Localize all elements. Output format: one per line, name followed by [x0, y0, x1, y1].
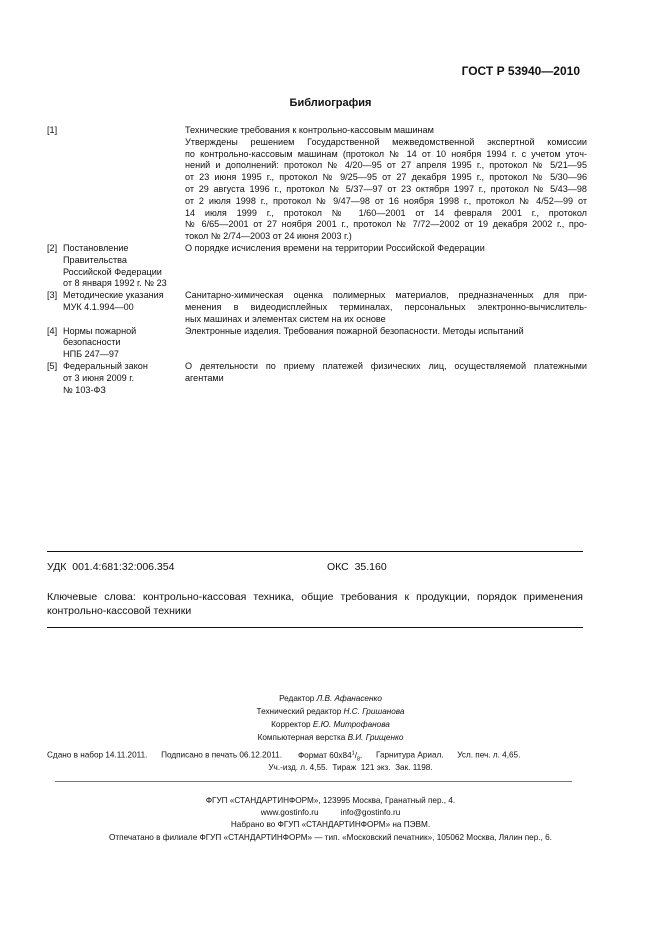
source-line: безопасности: [63, 337, 185, 349]
format-suffix: .: [360, 751, 362, 760]
source-line: Методические указания: [63, 290, 185, 302]
desc-line: О деятельности по приему платежей физиче…: [185, 361, 587, 373]
entry-description: Электронные изделия. Требования пожарной…: [185, 326, 587, 361]
oks-code: ОКС 35.160: [327, 561, 387, 573]
divider-top: [47, 551, 583, 552]
credit-editor: Редактор Л.В. Афанасенко: [0, 692, 661, 705]
entry-source: Методические указания МУК 4.1.994—00: [63, 290, 185, 325]
standard-code: ГОСТ Р 53940—2010: [440, 64, 580, 78]
keywords: Ключевые слова: контрольно-кассовая техн…: [47, 590, 583, 618]
entry-source: Постановление Правительства Российской Ф…: [63, 243, 185, 290]
source-line: Российской Федерации: [63, 267, 185, 279]
source-line: от 3 июня 2009 г.: [63, 373, 185, 385]
desc-line: 14 июля 1999 г., протокол № 1/60—2001 от…: [185, 208, 587, 220]
desc-line: менения в видеодисплейных терминалах, пе…: [185, 302, 587, 314]
credit-tech-editor: Технический редактор Н.С. Гришанова: [0, 705, 661, 718]
bibliography-entry: [1] Технические требования к контрольно-…: [47, 125, 587, 243]
bibliography-entry: [2] Постановление Правительства Российск…: [47, 243, 587, 290]
desc-line: по контрольно-кассовым машинам (протокол…: [185, 149, 587, 161]
source-line: Нормы пожарной: [63, 326, 185, 338]
entry-description: Технические требования к контрольно-касс…: [185, 125, 587, 243]
submitted-date: Сдано в набор 14.11.2011.: [47, 751, 147, 760]
bibliography-title: Библиография: [0, 97, 661, 109]
source-line: Правительства: [63, 255, 185, 267]
source-line: № 103-ФЗ: [63, 385, 185, 397]
desc-line: Электронные изделия. Требования пожарной…: [185, 326, 587, 338]
format-text: Формат 60х84: [298, 751, 352, 760]
email-link[interactable]: info@gostinfo.ru: [341, 808, 401, 817]
publisher-contacts: www.gostinfo.ruinfo@gostinfo.ru: [0, 807, 661, 819]
typeset-info: Набрано во ФГУП «СТАНДАРТИНФОРМ» на ПЭВМ…: [0, 819, 661, 831]
printed-info: Отпечатано в филиале ФГУП «СТАНДАРТИНФОР…: [0, 832, 661, 844]
signed-date: Подписано в печать 06.12.2011.: [161, 751, 282, 760]
source-line: МУК 4.1.994—00: [63, 302, 185, 314]
desc-line: токол № 2/74—2003 от 24 июня 2003 г.): [185, 231, 587, 243]
credits-block: Редактор Л.В. Афанасенко Технический ред…: [0, 692, 661, 744]
source-line: НПБ 247—97: [63, 349, 185, 361]
bibliography-entry: [3] Методические указания МУК 4.1.994—00…: [47, 290, 587, 325]
credit-layout: Компьютерная верстка В.И. Грищенко: [0, 731, 661, 744]
print-info-line: Сдано в набор 14.11.2011. Подписано в пе…: [47, 750, 587, 762]
credit-role: Редактор: [279, 694, 314, 703]
desc-line: Технические требования к контрольно-касс…: [185, 125, 587, 137]
entry-description: О деятельности по приему платежей физиче…: [185, 361, 587, 396]
source-line: от 8 января 1992 г. № 23: [63, 278, 185, 290]
format-sup: 1: [352, 750, 355, 756]
credit-name: Н.С. Гришанова: [344, 707, 405, 716]
desc-line: О порядке исчисления времени на территор…: [185, 243, 587, 255]
publisher-block: ФГУП «СТАНДАРТИНФОРМ», 123995 Москва, Гр…: [0, 795, 661, 844]
desc-line: Утверждены решением Государственной межв…: [185, 137, 587, 149]
entry-source: Федеральный закон от 3 июня 2009 г. № 10…: [63, 361, 185, 396]
credit-corrector: Корректор Е.Ю. Митрофанова: [0, 718, 661, 731]
entry-number: [5]: [47, 361, 63, 396]
entry-number: [4]: [47, 326, 63, 361]
desc-line: нений и дополнений: протокол № 4/20—95 о…: [185, 160, 587, 172]
credit-role: Технический редактор: [257, 707, 342, 716]
paper-format: Формат 60х841/8.: [298, 751, 362, 760]
print-sheets: Усл. печ. л. 4,65.: [457, 751, 520, 760]
desc-line: Санитарно-химическая оценка полимерных м…: [185, 290, 587, 302]
entry-source: [63, 125, 185, 243]
bibliography-list: [1] Технические требования к контрольно-…: [47, 125, 587, 396]
credit-role: Корректор: [271, 720, 310, 729]
divider-bottom: [47, 627, 583, 628]
print-info-line-2: Уч.-изд. л. 4,55. Тираж 121 экз. Зак. 11…: [0, 763, 661, 772]
desc-line: от 29 августа 1996 г., протокол № 5/37—9…: [185, 184, 587, 196]
desc-line: № 6/65—2001 от 27 ноября 2001 г., проток…: [185, 219, 587, 231]
credit-name: Л.В. Афанасенко: [317, 694, 382, 703]
bibliography-entry: [5] Федеральный закон от 3 июня 2009 г. …: [47, 361, 587, 396]
desc-line: ных машинах и элементах систем на их осн…: [185, 314, 587, 326]
website-link[interactable]: www.gostinfo.ru: [261, 808, 319, 817]
credit-role: Компьютерная верстка: [258, 733, 346, 742]
desc-line: от 2 июля 1998 г., протокол № 9/47—98 от…: [185, 196, 587, 208]
entry-description: Санитарно-химическая оценка полимерных м…: [185, 290, 587, 325]
entry-number: [3]: [47, 290, 63, 325]
desc-line: агентами: [185, 373, 587, 385]
typeface: Гарнитура Ариал.: [376, 751, 444, 760]
desc-line: от 23 июня 1995 г., протокол № 9/25—95 о…: [185, 172, 587, 184]
credit-name: Е.Ю. Митрофанова: [313, 720, 390, 729]
entry-description: О порядке исчисления времени на территор…: [185, 243, 587, 290]
entry-source: Нормы пожарной безопасности НПБ 247—97: [63, 326, 185, 361]
udk-code: УДК 001.4:681:32:006.354: [47, 561, 174, 573]
entry-number: [1]: [47, 125, 63, 243]
bibliography-entry: [4] Нормы пожарной безопасности НПБ 247—…: [47, 326, 587, 361]
publisher-address: ФГУП «СТАНДАРТИНФОРМ», 123995 Москва, Гр…: [0, 795, 661, 807]
entry-number: [2]: [47, 243, 63, 290]
source-line: Постановление: [63, 243, 185, 255]
credit-name: В.И. Грищенко: [348, 733, 404, 742]
source-line: Федеральный закон: [63, 361, 185, 373]
divider-thin: [55, 781, 572, 782]
